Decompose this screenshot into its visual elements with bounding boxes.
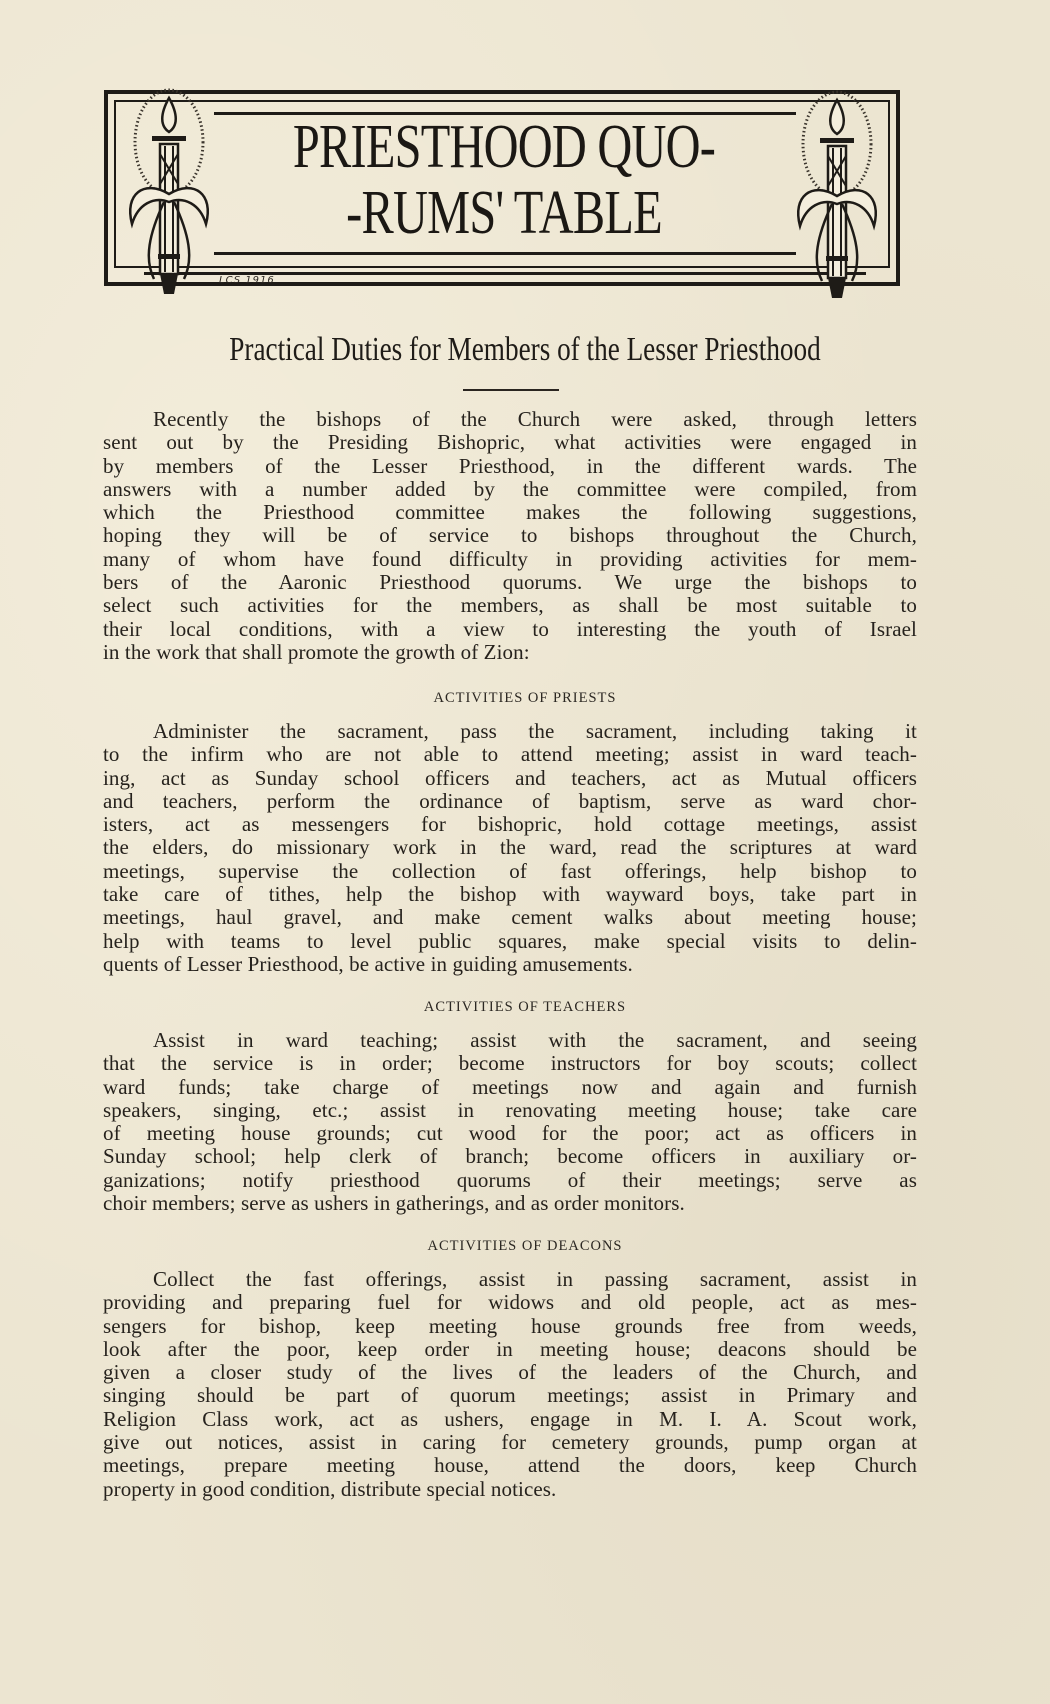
text-line: meetings, supervise the collection of fa… [103, 860, 917, 883]
section-heading-priests: ACTIVITIES OF PRIESTS [0, 690, 1050, 707]
text-line: quents of Lesser Priesthood, be active i… [103, 953, 917, 976]
text-line: choir members; serve as ushers in gather… [103, 1192, 917, 1215]
section-heading-deacons: ACTIVITIES OF DEACONS [0, 1238, 1050, 1255]
text-line: Religion Class work, act as ushers, enga… [103, 1408, 917, 1431]
text-line: isters, act as messengers for bishopric,… [103, 813, 917, 836]
text-line: given a closer study of the lives of the… [103, 1361, 917, 1384]
banner-rule-bottom [214, 252, 796, 255]
text-line: property in good condition, distribute s… [103, 1478, 917, 1501]
text-line: answers with a number added by the commi… [103, 478, 917, 501]
page-subtitle: Practical Duties for Members of the Less… [105, 330, 945, 370]
text-line: the elders, do missionary work in the wa… [103, 836, 917, 859]
text-line: bers of the Aaronic Priesthood quorums. … [103, 571, 917, 594]
banner-title-line-2: -RUMS' TABLE [286, 180, 723, 246]
text-line: look after the poor, keep order in meeti… [103, 1338, 917, 1361]
text-line: select such activities for the members, … [103, 594, 917, 617]
text-line: Sunday school; help clerk of branch; bec… [103, 1145, 917, 1168]
text-line: in the work that shall promote the growt… [103, 641, 917, 664]
text-line: and teachers, perform the ordinance of b… [103, 790, 917, 813]
text-line: speakers, singing, etc.; assist in renov… [103, 1099, 917, 1122]
text-line: by members of the Lesser Priesthood, in … [103, 455, 917, 478]
section-heading-teachers: ACTIVITIES OF TEACHERS [0, 999, 1050, 1016]
text-line: meetings, haul gravel, and make cement w… [103, 906, 917, 929]
text-line: hoping they will be of service to bishop… [103, 524, 917, 547]
text-line: meetings, prepare meeting house, attend … [103, 1454, 917, 1477]
teachers-paragraph: Assist in ward teaching; assist with the… [103, 1029, 917, 1215]
text-line: their local conditions, with a view to i… [103, 618, 917, 641]
text-line: that the service is in order; become ins… [103, 1052, 917, 1075]
text-line: sengers for bishop, keep meeting house g… [103, 1315, 917, 1338]
text-line: singing should be part of quorum meeting… [103, 1384, 917, 1407]
text-line: Administer the sacrament, pass the sacra… [103, 720, 917, 743]
torch-wreath-icon [114, 84, 224, 299]
text-line: give out notices, assist in caring for c… [103, 1431, 917, 1454]
document-page: PRIESTHOOD QUO- -RUMS' TABLE LCS 1916 Pr… [0, 0, 1050, 1704]
artist-signature: LCS 1916 [219, 275, 275, 286]
text-line: ganizations; notify priesthood quorums o… [103, 1169, 917, 1192]
text-line: Assist in ward teaching; assist with the… [103, 1029, 917, 1052]
header-banner: PRIESTHOOD QUO- -RUMS' TABLE LCS 1916 [104, 84, 906, 294]
text-line: Collect the fast offerings, assist in pa… [103, 1268, 917, 1291]
text-line: many of whom have found difficulty in pr… [103, 548, 917, 571]
text-line: sent out by the Presiding Bishopric, wha… [103, 431, 917, 454]
torch-wreath-icon [782, 84, 892, 299]
section-divider [463, 389, 559, 391]
text-line: ing, act as Sunday school officers and t… [103, 767, 917, 790]
banner-title-line-1: PRIESTHOOD QUO- [286, 114, 723, 180]
priests-paragraph: Administer the sacrament, pass the sacra… [103, 720, 917, 976]
intro-paragraph: Recently the bishops of the Church were … [103, 408, 917, 664]
text-line: ward funds; take charge of meetings now … [103, 1076, 917, 1099]
deacons-paragraph: Collect the fast offerings, assist in pa… [103, 1268, 917, 1501]
text-line: Recently the bishops of the Church were … [103, 408, 917, 431]
text-line: providing and preparing fuel for widows … [103, 1291, 917, 1314]
text-line: to the infirm who are not able to attend… [103, 743, 917, 766]
text-line: take care of tithes, help the bishop wit… [103, 883, 917, 906]
text-line: which the Priesthood committee makes the… [103, 501, 917, 524]
text-line: help with teams to level public squares,… [103, 930, 917, 953]
text-line: of meeting house grounds; cut wood for t… [103, 1122, 917, 1145]
